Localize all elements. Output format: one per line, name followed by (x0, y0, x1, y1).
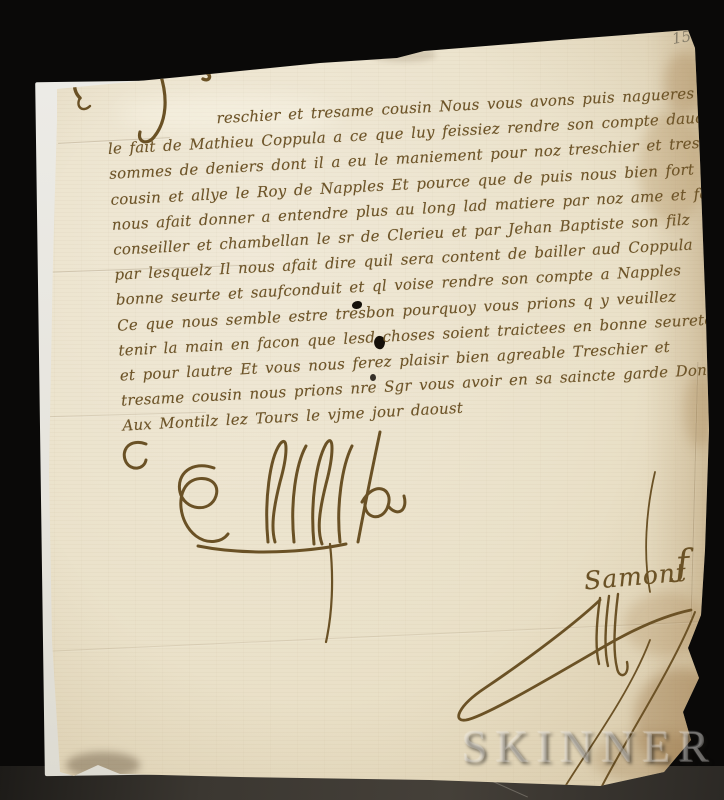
skinner-watermark: SKINNER (462, 722, 717, 773)
manuscript-page: 15. reschier et tresame cousin Nous vous… (0, 0, 724, 800)
paper-vignette (0, 0, 724, 800)
photograph: 15. reschier et tresame cousin Nous vous… (0, 0, 724, 800)
